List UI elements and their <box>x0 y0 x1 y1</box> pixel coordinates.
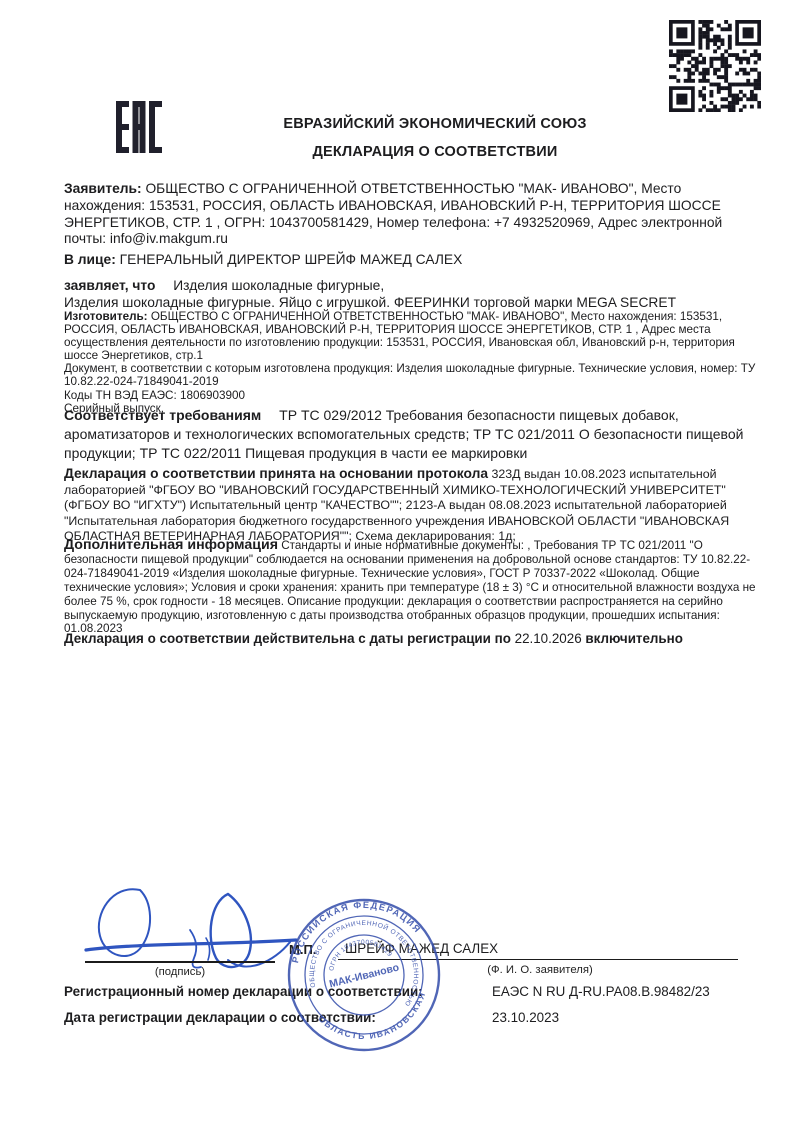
registration-number-value: ЕАЭС N RU Д-RU.РА08.В.98482/23 <box>492 984 772 1000</box>
product-line-2: Изделия шоколадные фигурные. Яйцо с игру… <box>64 295 676 310</box>
manufacturer-text: ОБЩЕСТВО С ОГРАНИЧЕННОЙ ОТВЕТСТВЕННОСТЬЮ… <box>64 310 735 362</box>
applicant-text: ОБЩЕСТВО С ОГРАНИЧЕННОЙ ОТВЕТСТВЕННОСТЬЮ… <box>64 181 722 246</box>
additional-info-text: Стандарты и иные нормативные документы: … <box>64 539 756 635</box>
compliance-paragraph: Соответствует требованиям ТР ТС 029/2012… <box>64 406 764 463</box>
declaration-page: ЕВРАЗИЙСКИЙ ЭКОНОМИЧЕСКИЙ СОЮЗ ДЕКЛАРАЦИ… <box>0 0 793 1122</box>
header-union-title: ЕВРАЗИЙСКИЙ ЭКОНОМИЧЕСКИЙ СОЮЗ <box>105 116 765 132</box>
header-doc-title: ДЕКЛАРАЦИЯ О СООТВЕТСТВИИ <box>105 144 765 160</box>
validity-line: Декларация о соответствии действительна … <box>64 631 764 647</box>
fullname-caption: (Ф. И. О. заявителя) <box>420 964 660 976</box>
declares-label: заявляет, что <box>64 278 155 293</box>
tnved-codes: Коды ТН ВЭД ЕАЭС: 1806903900 <box>64 389 764 402</box>
applicant-label: Заявитель: <box>64 181 142 196</box>
manufacturer-paragraph: Изготовитель: ОБЩЕСТВО С ОГРАНИЧЕННОЙ ОТ… <box>64 310 764 415</box>
declares-paragraph: заявляет, что Изделия шоколадные фигурны… <box>64 278 764 312</box>
registration-date-value: 23.10.2023 <box>492 1010 772 1026</box>
signature-line <box>85 961 275 963</box>
manufacturer-label: Изготовитель: <box>64 310 148 323</box>
product-line-1: Изделия шоколадные фигурные, <box>173 278 384 293</box>
in-person-paragraph: В лице: ГЕНЕРАЛЬНЫЙ ДИРЕКТОР ШРЕЙФ МАЖЕД… <box>64 252 764 269</box>
signature-caption: (подпись) <box>85 966 275 978</box>
company-round-stamp: РОССИЙСКАЯ ФЕДЕРАЦИЯ ОБЛАСТЬ ИВАНОВСКАЯ … <box>284 895 444 1060</box>
qr-code <box>669 20 761 117</box>
in-person-label: В лице: <box>64 252 116 267</box>
manufacturing-document: Документ, в соответствии с которым изгот… <box>64 362 764 388</box>
basis-label: Декларация о соответствии принята на осн… <box>64 466 488 481</box>
validity-prefix: Декларация о соответствии действительна … <box>64 631 511 646</box>
additional-info-label: Дополнительная информация <box>64 537 278 553</box>
validity-suffix: включительно <box>585 631 683 646</box>
stamp-center-text: МАК-Иваново <box>328 962 400 991</box>
additional-info-paragraph: Дополнительная информация Стандарты и ин… <box>64 539 764 636</box>
validity-date: 22.10.2026 <box>515 631 582 646</box>
applicant-paragraph: Заявитель: ОБЩЕСТВО С ОГРАНИЧЕННОЙ ОТВЕТ… <box>64 181 764 248</box>
in-person-text: ГЕНЕРАЛЬНЫЙ ДИРЕКТОР ШРЕЙФ МАЖЕД САЛЕХ <box>120 252 463 267</box>
compliance-label: Соответствует требованиям <box>64 407 261 423</box>
basis-paragraph: Декларация о соответствии принята на осн… <box>64 466 764 545</box>
